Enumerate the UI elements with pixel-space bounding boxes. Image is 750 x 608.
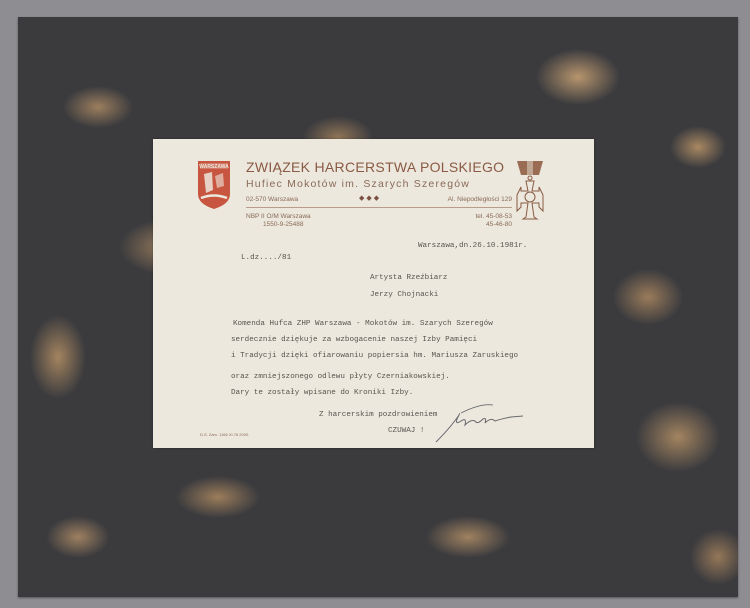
postal-address: 02-570 Warszawa	[246, 196, 298, 203]
body-line: serdecznie dziękuje za wzbogacenie nasze…	[231, 336, 477, 344]
closing-greeting: Z harcerskim pozdrowieniem	[319, 411, 437, 419]
svg-text:WARSZAWA: WARSZAWA	[199, 164, 229, 170]
separator-dots: ◆◆◆	[359, 194, 381, 202]
cross-medal-icon	[515, 159, 545, 229]
letter-sheet: WARSZAWA ZWIĄZEK HARCERSTWA POLSKIEGO Hu…	[153, 139, 594, 448]
recipient-title: Artysta Rzeźbiarz	[370, 274, 447, 282]
phone-numbers: tel. 45-08-53 45-46-80	[476, 213, 513, 229]
recipient-name: Jerzy Chojnacki	[370, 291, 438, 299]
body-line: oraz zmniejszonego odlewu płyty Czerniak…	[231, 373, 450, 381]
org-title: ZWIĄZEK HARCERSTWA POLSKIEGO	[246, 159, 504, 175]
reference-number: L.dz..../81	[241, 254, 291, 262]
bank-info: NBP II O/M Warszawa 1550-9-25488	[246, 213, 311, 229]
street-address: Al. Niepodległości 129	[448, 196, 512, 203]
body-line: i Tradycji dzięki ofiarowaniu popiersia …	[231, 352, 518, 360]
warszawa-crest-icon: WARSZAWA	[197, 160, 231, 210]
print-code: D.S. Zam. 1166 XI.76 2000.	[200, 432, 249, 437]
body-line: Dary te zostały wpisane do Kroniki Izby.	[231, 389, 413, 397]
place-date: Warszawa,dn.26.10.1981r.	[418, 242, 527, 250]
body-line: Komenda Hufca ZHP Warszawa - Mokotów im.…	[233, 320, 493, 328]
bank-account: 1550-9-25488	[246, 221, 311, 229]
signature	[431, 397, 531, 447]
letterhead-rule	[246, 207, 512, 208]
phone-2: 45-46-80	[476, 221, 513, 229]
bank-name: NBP II O/M Warszawa	[246, 213, 311, 221]
motto: CZUWAJ !	[388, 427, 424, 435]
phone-1: tel. 45-08-53	[476, 213, 513, 221]
org-subtitle: Hufiec Mokotów im. Szarych Szeregów	[246, 178, 470, 190]
